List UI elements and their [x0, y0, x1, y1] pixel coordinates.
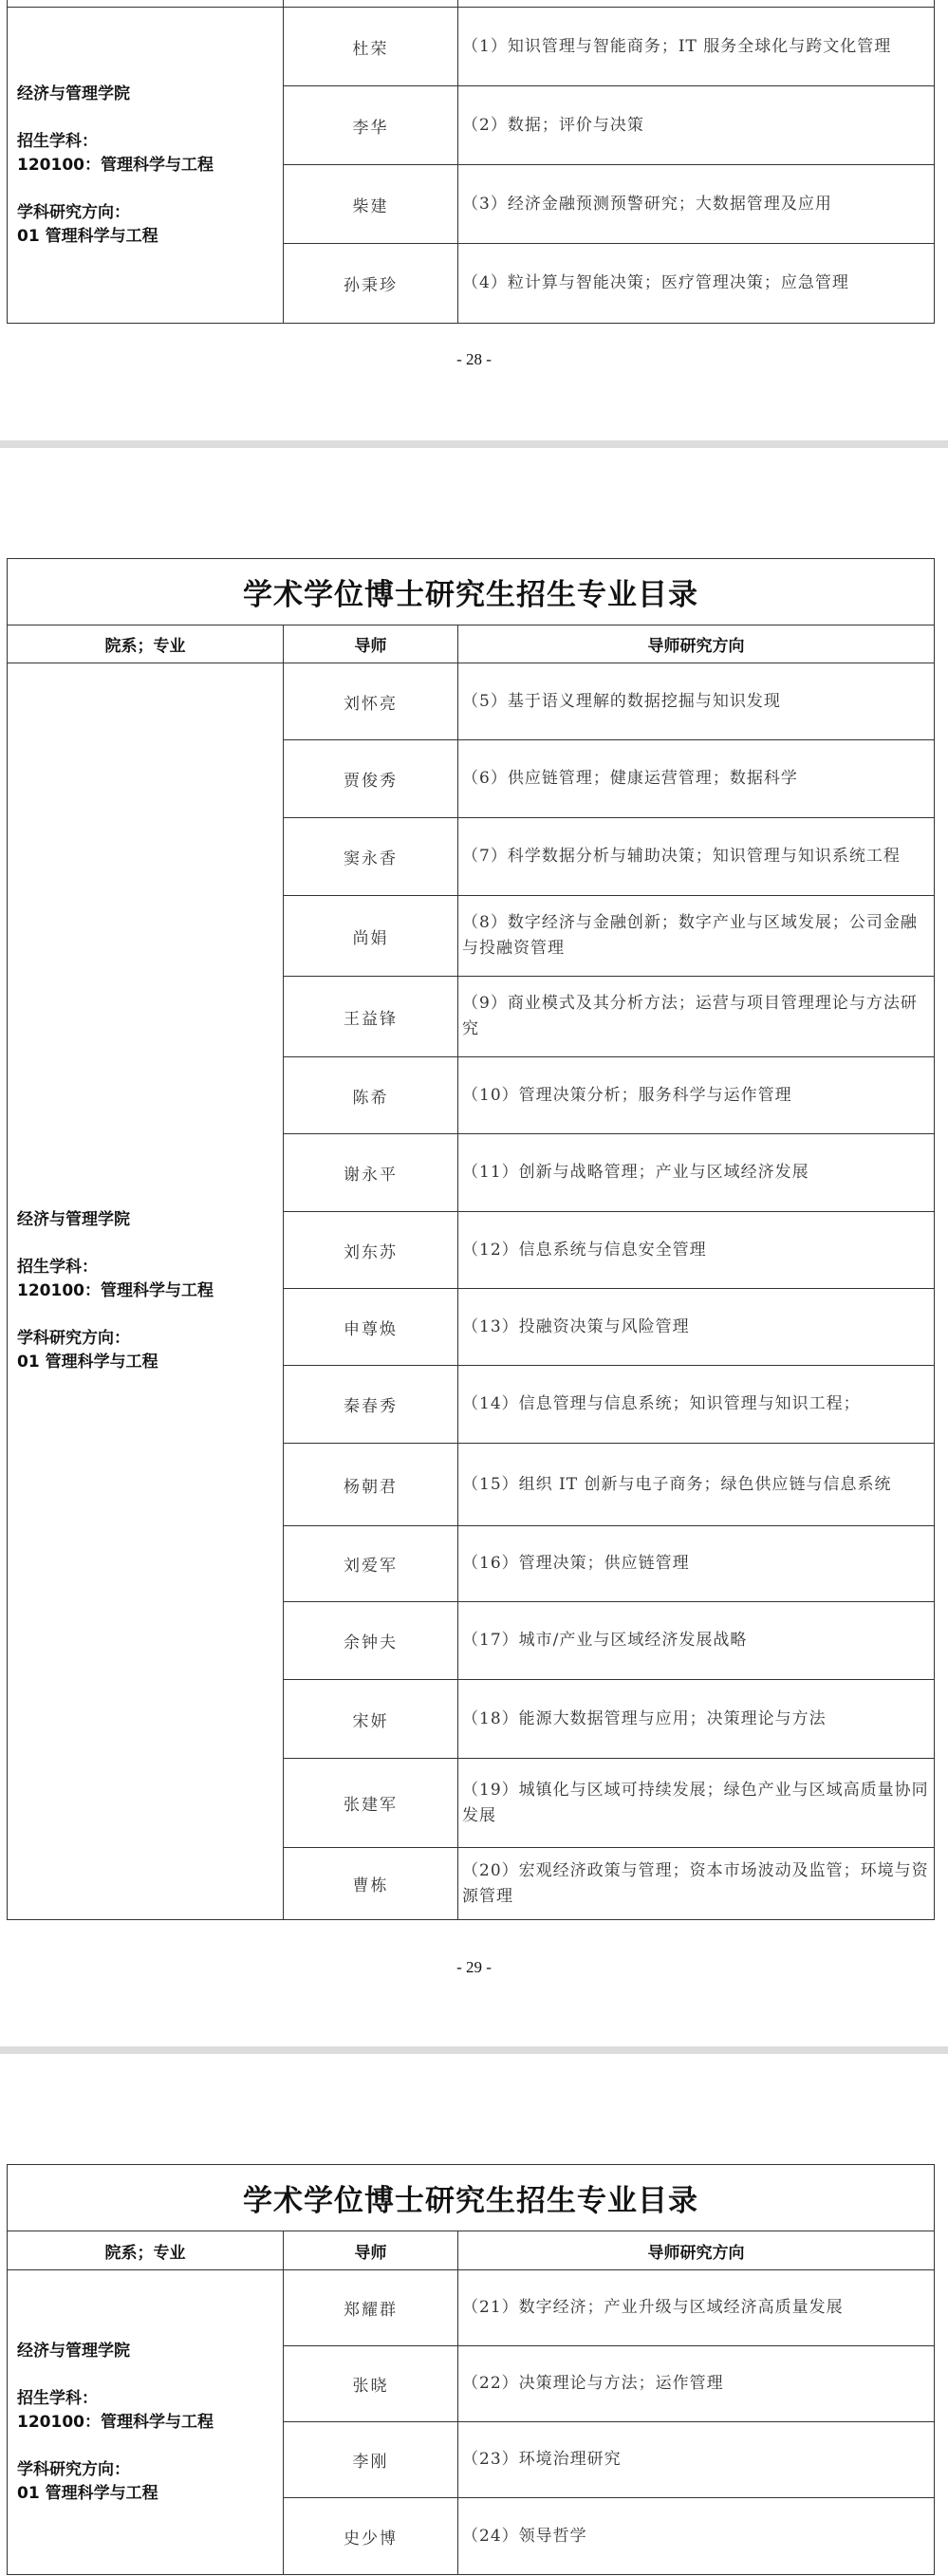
- advisor-name: 王益锋: [284, 977, 458, 1057]
- header-row: 院系；专业 导师 导师研究方向: [8, 625, 935, 663]
- advisor-name: 孙秉珍: [284, 244, 458, 324]
- subject-label: 招生学科：: [17, 130, 273, 154]
- title-row: 学术学位博士研究生招生专业目录: [8, 2165, 935, 2231]
- header-advisor: 导师: [284, 2231, 458, 2270]
- research-direction: （19）城镇化与区域可持续发展；绿色产业与区域高质量协同发展: [458, 1759, 935, 1848]
- department-name: 经济与管理学院: [17, 1208, 273, 1232]
- catalog-table-p30: 学术学位博士研究生招生专业目录 院系；专业 导师 导师研究方向 经济与管理学院 …: [7, 2164, 935, 2575]
- research-direction: （17）城市/产业与区域经济发展战略: [458, 1602, 935, 1680]
- table-row: 经济与管理学院 招生学科： 120100：管理科学与工程 学科研究方向： 01 …: [8, 663, 935, 740]
- catalog-title: 学术学位博士研究生招生专业目录: [8, 559, 935, 625]
- research-direction: （23）环境治理研究: [458, 2422, 935, 2498]
- research-direction: （5）基于语义理解的数据挖掘与知识发现: [458, 663, 935, 740]
- header-dept: 院系；专业: [8, 625, 284, 663]
- research-direction: （1）知识管理与智能商务；IT 服务全球化与跨文化管理: [458, 8, 935, 86]
- research-direction: （11）创新与战略管理；产业与区域经济发展: [458, 1134, 935, 1212]
- page-separator: [0, 2046, 948, 2054]
- table-row: 经济与管理学院 招生学科： 120100：管理科学与工程 学科研究方向： 01 …: [8, 8, 935, 86]
- department-name: 经济与管理学院: [17, 2340, 273, 2363]
- table-row-fragment: [8, 0, 935, 8]
- header-dept: 院系；专业: [8, 2231, 284, 2270]
- research-direction: （21）数字经济；产业升级与区域经济高质量发展: [458, 2270, 935, 2346]
- page-number: - 28 -: [0, 350, 948, 369]
- department-cell: 经济与管理学院 招生学科： 120100：管理科学与工程 学科研究方向： 01 …: [8, 8, 284, 324]
- direction-label: 学科研究方向：: [17, 1327, 273, 1351]
- advisor-name: 郑耀群: [284, 2270, 458, 2346]
- direction-value: 01 管理科学与工程: [17, 1351, 273, 1374]
- advisor-name: 申尊焕: [284, 1289, 458, 1366]
- advisor-name: 曹栋: [284, 1848, 458, 1920]
- research-direction: （20）宏观经济政策与管理；资本市场波动及监管；环境与资源管理: [458, 1848, 935, 1920]
- direction-value: 01 管理科学与工程: [17, 225, 273, 249]
- header-direction: 导师研究方向: [458, 625, 935, 663]
- advisor-name: 窦永香: [284, 818, 458, 896]
- research-direction: （10）管理决策分析；服务科学与运作管理: [458, 1057, 935, 1134]
- advisor-name: 李刚: [284, 2422, 458, 2498]
- research-direction: （6）供应链管理；健康运营管理；数据科学: [458, 740, 935, 818]
- advisor-name: 秦春秀: [284, 1366, 458, 1444]
- research-direction: （3）经济金融预测预警研究；大数据管理及应用: [458, 165, 935, 244]
- research-direction: （8）数字经济与金融创新；数字产业与区域发展；公司金融与投融资管理: [458, 896, 935, 977]
- advisor-name: 陈希: [284, 1057, 458, 1134]
- advisor-name: 张晓: [284, 2346, 458, 2422]
- page-number: - 29 -: [0, 1958, 948, 1977]
- catalog-table-p28: 经济与管理学院 招生学科： 120100：管理科学与工程 学科研究方向： 01 …: [7, 0, 935, 324]
- department-cell: 经济与管理学院 招生学科： 120100：管理科学与工程 学科研究方向： 01 …: [8, 663, 284, 1920]
- advisor-name: 杜荣: [284, 8, 458, 86]
- subject-value: 120100：管理科学与工程: [17, 1279, 273, 1303]
- advisor-name: 刘爱军: [284, 1526, 458, 1602]
- direction-label: 学科研究方向：: [17, 2458, 273, 2482]
- research-direction: （12）信息系统与信息安全管理: [458, 1212, 935, 1289]
- research-direction: （18）能源大数据管理与应用；决策理论与方法: [458, 1680, 935, 1759]
- research-direction: （24）领导哲学: [458, 2498, 935, 2575]
- header-advisor: 导师: [284, 625, 458, 663]
- research-direction: （15）组织 IT 创新与电子商务；绿色供应链与信息系统: [458, 1444, 935, 1526]
- advisor-name: 谢永平: [284, 1134, 458, 1212]
- advisor-name: 史少博: [284, 2498, 458, 2575]
- subject-value: 120100：管理科学与工程: [17, 2411, 273, 2435]
- advisor-name: 张建军: [284, 1759, 458, 1848]
- advisor-name: 宋妍: [284, 1680, 458, 1759]
- subject-value: 120100：管理科学与工程: [17, 154, 273, 177]
- page-29: 学术学位博士研究生招生专业目录 院系；专业 导师 导师研究方向 经济与管理学院 …: [0, 448, 948, 2046]
- research-direction: （2）数据；评价与决策: [458, 86, 935, 165]
- research-direction: （13）投融资决策与风险管理: [458, 1289, 935, 1366]
- research-direction: （16）管理决策；供应链管理: [458, 1526, 935, 1602]
- header-row: 院系；专业 导师 导师研究方向: [8, 2231, 935, 2270]
- advisor-name: 杨朝君: [284, 1444, 458, 1526]
- catalog-table-p29: 学术学位博士研究生招生专业目录 院系；专业 导师 导师研究方向 经济与管理学院 …: [7, 558, 935, 1920]
- advisor-name: 柴建: [284, 165, 458, 244]
- catalog-title: 学术学位博士研究生招生专业目录: [8, 2165, 935, 2231]
- subject-label: 招生学科：: [17, 1256, 273, 1279]
- title-row: 学术学位博士研究生招生专业目录: [8, 559, 935, 625]
- advisor-name: 尚娟: [284, 896, 458, 977]
- research-direction: （4）粒计算与智能决策；医疗管理决策；应急管理: [458, 244, 935, 324]
- research-direction: （7）科学数据分析与辅助决策；知识管理与知识系统工程: [458, 818, 935, 896]
- table-row: 经济与管理学院 招生学科： 120100：管理科学与工程 学科研究方向： 01 …: [8, 2270, 935, 2346]
- direction-label: 学科研究方向：: [17, 201, 273, 225]
- direction-value: 01 管理科学与工程: [17, 2482, 273, 2506]
- header-direction: 导师研究方向: [458, 2231, 935, 2270]
- advisor-name: 贾俊秀: [284, 740, 458, 818]
- page-30: 学术学位博士研究生招生专业目录 院系；专业 导师 导师研究方向 经济与管理学院 …: [0, 2054, 948, 2576]
- advisor-name: 余钟夫: [284, 1602, 458, 1680]
- page-28: 经济与管理学院 招生学科： 120100：管理科学与工程 学科研究方向： 01 …: [0, 0, 948, 440]
- research-direction: （9）商业模式及其分析方法；运营与项目管理理论与方法研究: [458, 977, 935, 1057]
- page-separator: [0, 440, 948, 448]
- department-cell: 经济与管理学院 招生学科： 120100：管理科学与工程 学科研究方向： 01 …: [8, 2270, 284, 2575]
- subject-label: 招生学科：: [17, 2387, 273, 2411]
- advisor-name: 李华: [284, 86, 458, 165]
- department-name: 经济与管理学院: [17, 83, 273, 106]
- advisor-name: 刘东苏: [284, 1212, 458, 1289]
- research-direction: （22）决策理论与方法；运作管理: [458, 2346, 935, 2422]
- advisor-name: 刘怀亮: [284, 663, 458, 740]
- research-direction: （14）信息管理与信息系统；知识管理与知识工程；: [458, 1366, 935, 1444]
